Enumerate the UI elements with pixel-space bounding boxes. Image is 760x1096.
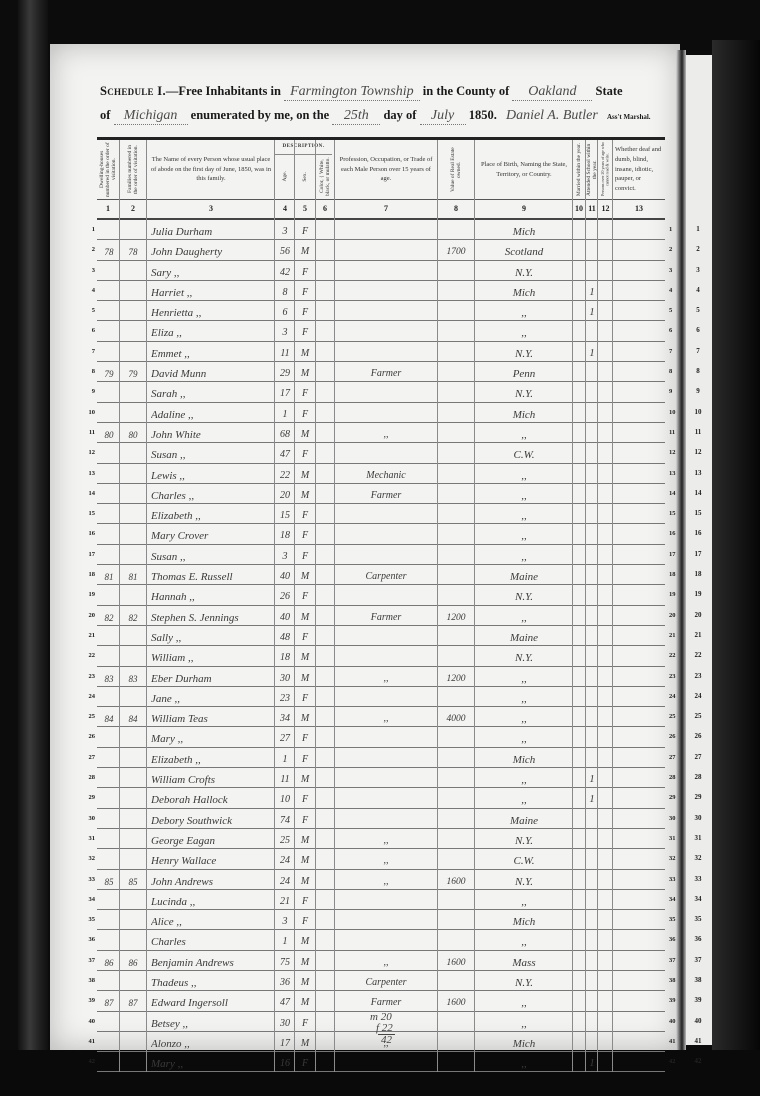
married-within-year — [573, 464, 585, 483]
condition — [613, 464, 665, 483]
col-header-condition: Whether deaf and dumb, blind, insane, id… — [613, 140, 665, 199]
cannot-read-write — [598, 220, 613, 239]
family-number: 79 — [120, 362, 146, 381]
person-name: Hannah ,, — [151, 585, 276, 604]
person-name: Harriet ,, — [151, 281, 276, 300]
occupation — [335, 809, 437, 828]
cannot-read-write — [598, 443, 613, 462]
table-row: 7Emmet ,,11MN.Y.177 — [97, 342, 665, 362]
dwelling-number — [99, 829, 119, 848]
occupation — [335, 910, 437, 929]
cannot-read-write — [598, 545, 613, 564]
cannot-read-write — [598, 849, 613, 868]
cannot-read-write — [598, 524, 613, 543]
dwelling-number — [99, 464, 119, 483]
married-within-year — [573, 362, 585, 381]
line-number-left: 10 — [85, 403, 95, 422]
line-number-right: 19 — [669, 585, 681, 604]
line-number-right: 8 — [669, 362, 681, 381]
age: 29 — [275, 362, 295, 381]
sex: M — [295, 849, 315, 868]
person-name: Lucinda ,, — [151, 890, 276, 909]
condition — [613, 870, 665, 889]
cannot-read-write — [598, 464, 613, 483]
year-text: 1850. — [469, 108, 497, 122]
condition — [613, 991, 665, 1010]
line-number-left: 23 — [85, 667, 95, 686]
real-estate-value — [438, 524, 474, 543]
col-number: 7 — [335, 200, 437, 218]
line-number-right: 27 — [669, 748, 681, 767]
sex: M — [295, 930, 315, 949]
condition — [613, 748, 665, 767]
married-within-year — [573, 768, 585, 787]
cannot-read-write — [598, 890, 613, 909]
dwelling-number — [99, 727, 119, 746]
real-estate-value — [438, 443, 474, 462]
family-number — [120, 930, 146, 949]
col-header-family: Families numbered in the order of visita… — [120, 140, 146, 199]
table-row: 118080John White68M,,,,1111 — [97, 423, 665, 443]
dwelling-number — [99, 971, 119, 990]
married-within-year — [573, 484, 585, 503]
real-estate-value — [438, 504, 474, 523]
table-row: 4Harriet ,,8FMich144 — [97, 281, 665, 301]
dwelling-number: 81 — [99, 565, 119, 584]
family-number — [120, 788, 146, 807]
person-name: Alice ,, — [151, 910, 276, 929]
married-within-year — [573, 809, 585, 828]
person-name: Deborah Hallock — [151, 788, 276, 807]
cannot-read-write — [598, 829, 613, 848]
adjacent-page-line-number: 13 — [691, 464, 705, 483]
real-estate-value — [438, 768, 474, 787]
col-header-color: Color, { White, black, or mulatto. — [316, 154, 334, 199]
adjacent-page-line-number: 22 — [691, 646, 705, 665]
married-within-year — [573, 1012, 585, 1031]
condition — [613, 727, 665, 746]
marshal-title: Ass't Marshal. — [607, 113, 651, 121]
condition — [613, 606, 665, 625]
real-estate-value — [438, 423, 474, 442]
dwelling-number: 87 — [99, 991, 119, 1010]
sex: F — [295, 626, 315, 645]
line-number-right: 21 — [669, 626, 681, 645]
married-within-year — [573, 524, 585, 543]
column-number-row: 1 2 3 4 5 6 7 8 9 10 11 12 13 — [97, 200, 665, 220]
day-field: 25th — [332, 108, 380, 125]
cannot-read-write — [598, 626, 613, 645]
sex: M — [295, 240, 315, 259]
age: 20 — [275, 484, 295, 503]
real-estate-value — [438, 971, 474, 990]
age: 34 — [275, 707, 295, 726]
dwelling-number — [99, 748, 119, 767]
condition — [613, 403, 665, 422]
dwelling-number — [99, 342, 119, 361]
birthplace: ,, — [475, 545, 573, 564]
line-number-right: 31 — [669, 829, 681, 848]
person-name: Charles ,, — [151, 484, 276, 503]
family-number — [120, 545, 146, 564]
color — [316, 1032, 334, 1051]
cannot-read-write — [598, 261, 613, 280]
cannot-read-write — [598, 382, 613, 401]
col-header-occupation: Profession, Occupation, or Trade of each… — [335, 140, 437, 199]
real-estate-value — [438, 484, 474, 503]
line-number-right: 35 — [669, 910, 681, 929]
married-within-year — [573, 890, 585, 909]
condition — [613, 687, 665, 706]
line-number-right: 16 — [669, 524, 681, 543]
occupation — [335, 301, 437, 320]
real-estate-value — [438, 646, 474, 665]
birthplace: ,, — [475, 464, 573, 483]
adjacent-page-line-number: 24 — [691, 687, 705, 706]
table-row: 12Susan ,,47FC.W.1212 — [97, 443, 665, 463]
family-number — [120, 829, 146, 848]
color — [316, 1012, 334, 1031]
color — [316, 971, 334, 990]
line-number-left: 8 — [85, 362, 95, 381]
person-name: Elizabeth ,, — [151, 504, 276, 523]
cannot-read-write — [598, 727, 613, 746]
birthplace: ,, — [475, 687, 573, 706]
table-row: 188181Thomas E. Russell40MCarpenterMaine… — [97, 565, 665, 585]
real-estate-value — [438, 727, 474, 746]
sex: M — [295, 606, 315, 625]
line-number-right: 4 — [669, 281, 681, 300]
table-row: 208282Stephen S. Jennings40MFarmer1200,,… — [97, 606, 665, 626]
married-within-year — [573, 240, 585, 259]
family-number — [120, 727, 146, 746]
sex: F — [295, 727, 315, 746]
color — [316, 687, 334, 706]
line-number-right: 39 — [669, 991, 681, 1010]
sex: F — [295, 1052, 315, 1071]
table-row: 398787Edward Ingersoll47MFarmer1600,,393… — [97, 991, 665, 1011]
condition — [613, 484, 665, 503]
occupation: ,, — [335, 849, 437, 868]
person-name: William Crofts — [151, 768, 276, 787]
age: 68 — [275, 423, 295, 442]
color — [316, 849, 334, 868]
birthplace: Mich — [475, 220, 573, 239]
table-row: 24Jane ,,23F,,2424 — [97, 687, 665, 707]
family-number: 78 — [120, 240, 146, 259]
dwelling-number — [99, 910, 119, 929]
dwelling-number — [99, 261, 119, 280]
real-estate-value — [438, 687, 474, 706]
color — [316, 464, 334, 483]
dwelling-number — [99, 585, 119, 604]
sex: F — [295, 261, 315, 280]
condition — [613, 829, 665, 848]
family-number — [120, 484, 146, 503]
real-estate-value: 1200 — [438, 667, 474, 686]
family-number: 84 — [120, 707, 146, 726]
table-row: 9Sarah ,,17FN.Y.99 — [97, 382, 665, 402]
family-number — [120, 220, 146, 239]
col-number: 2 — [120, 200, 146, 218]
real-estate-value — [438, 849, 474, 868]
color — [316, 403, 334, 422]
color — [316, 484, 334, 503]
real-estate-value — [438, 382, 474, 401]
col-number: 4 — [275, 200, 295, 218]
line-number-right: 12 — [669, 443, 681, 462]
family-number — [120, 403, 146, 422]
cannot-read-write — [598, 930, 613, 949]
age: 10 — [275, 788, 295, 807]
line-number-right: 1 — [669, 220, 681, 239]
col-number: 13 — [613, 200, 665, 218]
occupation: Carpenter — [335, 565, 437, 584]
dwelling-number: 85 — [99, 870, 119, 889]
dwelling-number — [99, 443, 119, 462]
line-number-right: 23 — [669, 667, 681, 686]
sex: F — [295, 687, 315, 706]
line-number-left: 13 — [85, 464, 95, 483]
condition — [613, 849, 665, 868]
age: 48 — [275, 626, 295, 645]
family-number — [120, 301, 146, 320]
birthplace: N.Y. — [475, 870, 573, 889]
married-within-year — [573, 626, 585, 645]
table-row: 15Elizabeth ,,15F,,1515 — [97, 504, 665, 524]
family-number: 80 — [120, 423, 146, 442]
adjacent-page-line-number: 27 — [691, 748, 705, 767]
line-number-right: 36 — [669, 930, 681, 949]
family-number — [120, 687, 146, 706]
color — [316, 606, 334, 625]
line-number-left: 24 — [85, 687, 95, 706]
cannot-read-write — [598, 585, 613, 604]
line-number-left: 27 — [85, 748, 95, 767]
line-number-left: 9 — [85, 382, 95, 401]
person-name: Mary ,, — [151, 727, 276, 746]
sex: F — [295, 301, 315, 320]
birthplace: Mich — [475, 1032, 573, 1051]
line-number-left: 31 — [85, 829, 95, 848]
sex: M — [295, 646, 315, 665]
line-number-left: 12 — [85, 443, 95, 462]
line-number-right: 20 — [669, 606, 681, 625]
occupation: Farmer — [335, 606, 437, 625]
col-header-married: Married within the year. — [573, 140, 585, 199]
real-estate-value: 1700 — [438, 240, 474, 259]
col-number: 12 — [598, 200, 613, 218]
family-number — [120, 971, 146, 990]
line-number-left: 42 — [85, 1052, 95, 1071]
married-within-year — [573, 281, 585, 300]
condition — [613, 930, 665, 949]
cannot-read-write — [598, 281, 613, 300]
color — [316, 504, 334, 523]
sex: M — [295, 1032, 315, 1051]
table-row: 27Elizabeth ,,1FMich2727 — [97, 748, 665, 768]
birthplace: C.W. — [475, 849, 573, 868]
adjacent-page-line-number: 1 — [691, 220, 705, 239]
adjacent-page-line-number: 37 — [691, 951, 705, 970]
table-row: 87979David Munn29MFarmerPenn88 — [97, 362, 665, 382]
real-estate-value: 1200 — [438, 606, 474, 625]
age: 17 — [275, 1032, 295, 1051]
birthplace: ,, — [475, 301, 573, 320]
adjacent-page-line-number: 14 — [691, 484, 705, 503]
age: 40 — [275, 606, 295, 625]
color — [316, 748, 334, 767]
color — [316, 281, 334, 300]
line-number-left: 7 — [85, 342, 95, 361]
person-name: Emmet ,, — [151, 342, 276, 361]
age: 1 — [275, 403, 295, 422]
married-within-year — [573, 667, 585, 686]
married-within-year — [573, 910, 585, 929]
condition — [613, 504, 665, 523]
real-estate-value — [438, 829, 474, 848]
person-name: John White — [151, 423, 276, 442]
age: 74 — [275, 809, 295, 828]
col-header-birthplace: Place of Birth, Naming the State, Territ… — [475, 140, 573, 199]
condition — [613, 951, 665, 970]
birthplace: Mich — [475, 281, 573, 300]
cannot-read-write — [598, 646, 613, 665]
person-name: William Teas — [151, 707, 276, 726]
condition — [613, 707, 665, 726]
adjacent-page-line-number: 29 — [691, 788, 705, 807]
dwelling-number — [99, 281, 119, 300]
cannot-read-write — [598, 362, 613, 381]
adjacent-page-line-number: 11 — [691, 423, 705, 442]
family-number — [120, 464, 146, 483]
age: 11 — [275, 768, 295, 787]
line-number-right: 17 — [669, 545, 681, 564]
family-number: 87 — [120, 991, 146, 1010]
table-row: 36Charles1M,,3636 — [97, 930, 665, 950]
line-number-left: 37 — [85, 951, 95, 970]
color — [316, 870, 334, 889]
condition — [613, 240, 665, 259]
married-within-year — [573, 565, 585, 584]
line-number-right: 25 — [669, 707, 681, 726]
line-number-left: 25 — [85, 707, 95, 726]
age: 40 — [275, 565, 295, 584]
line-number-right: 15 — [669, 504, 681, 523]
sex: M — [295, 464, 315, 483]
line-number-left: 16 — [85, 524, 95, 543]
occupation — [335, 321, 437, 340]
cannot-read-write — [598, 423, 613, 442]
cannot-read-write — [598, 301, 613, 320]
line-number-right: 26 — [669, 727, 681, 746]
cannot-read-write — [598, 1052, 613, 1071]
person-name: Debory Southwick — [151, 809, 276, 828]
birthplace: Penn — [475, 362, 573, 381]
age: 11 — [275, 342, 295, 361]
adjacent-page-line-number: 19 — [691, 585, 705, 604]
age: 24 — [275, 849, 295, 868]
family-number — [120, 768, 146, 787]
condition — [613, 788, 665, 807]
birthplace: Scotland — [475, 240, 573, 259]
birthplace: ,, — [475, 524, 573, 543]
person-name: George Eagan — [151, 829, 276, 848]
real-estate-value — [438, 220, 474, 239]
cannot-read-write — [598, 707, 613, 726]
header-text: day of — [383, 108, 416, 122]
sex: M — [295, 991, 315, 1010]
table-row: 17Susan ,,3F,,1717 — [97, 545, 665, 565]
family-number — [120, 585, 146, 604]
occupation — [335, 646, 437, 665]
occupation — [335, 220, 437, 239]
birthplace: ,, — [475, 321, 573, 340]
person-name: Sary ,, — [151, 261, 276, 280]
dwelling-number — [99, 382, 119, 401]
dwelling-number — [99, 1012, 119, 1031]
occupation — [335, 930, 437, 949]
color — [316, 768, 334, 787]
married-within-year — [573, 423, 585, 442]
cannot-read-write — [598, 667, 613, 686]
cannot-read-write — [598, 1012, 613, 1031]
age: 8 — [275, 281, 295, 300]
married-within-year — [573, 321, 585, 340]
married-within-year — [573, 443, 585, 462]
person-name: Charles — [151, 930, 276, 949]
line-number-right: 30 — [669, 809, 681, 828]
dwelling-number — [99, 768, 119, 787]
dwelling-number: 86 — [99, 951, 119, 970]
dwelling-number: 84 — [99, 707, 119, 726]
occupation: Farmer — [335, 991, 437, 1010]
birthplace: Maine — [475, 565, 573, 584]
line-number-right: 38 — [669, 971, 681, 990]
condition — [613, 890, 665, 909]
col-number: 3 — [147, 200, 275, 218]
family-number — [120, 261, 146, 280]
dwelling-number — [99, 1032, 119, 1051]
real-estate-value — [438, 464, 474, 483]
sex: M — [295, 971, 315, 990]
age: 21 — [275, 890, 295, 909]
dwelling-number — [99, 626, 119, 645]
line-number-right: 24 — [669, 687, 681, 706]
real-estate-value — [438, 301, 474, 320]
table-row: 28William Crofts11M,,12828 — [97, 768, 665, 788]
color — [316, 524, 334, 543]
col-number: 1 — [97, 200, 119, 218]
color — [316, 829, 334, 848]
line-number-left: 34 — [85, 890, 95, 909]
table-row: 14Charles ,,20MFarmer,,1414 — [97, 484, 665, 504]
person-name: Stephen S. Jennings — [151, 606, 276, 625]
married-within-year — [573, 646, 585, 665]
col-header-sex: Sex. — [295, 154, 315, 199]
married-within-year — [573, 220, 585, 239]
line-number-left: 2 — [85, 240, 95, 259]
real-estate-value — [438, 809, 474, 828]
occupation — [335, 626, 437, 645]
dwelling-number — [99, 1052, 119, 1071]
person-name: Susan ,, — [151, 545, 276, 564]
married-within-year — [573, 403, 585, 422]
sex: F — [295, 545, 315, 564]
adjacent-page-line-number: 4 — [691, 281, 705, 300]
age: 42 — [275, 261, 295, 280]
color — [316, 890, 334, 909]
